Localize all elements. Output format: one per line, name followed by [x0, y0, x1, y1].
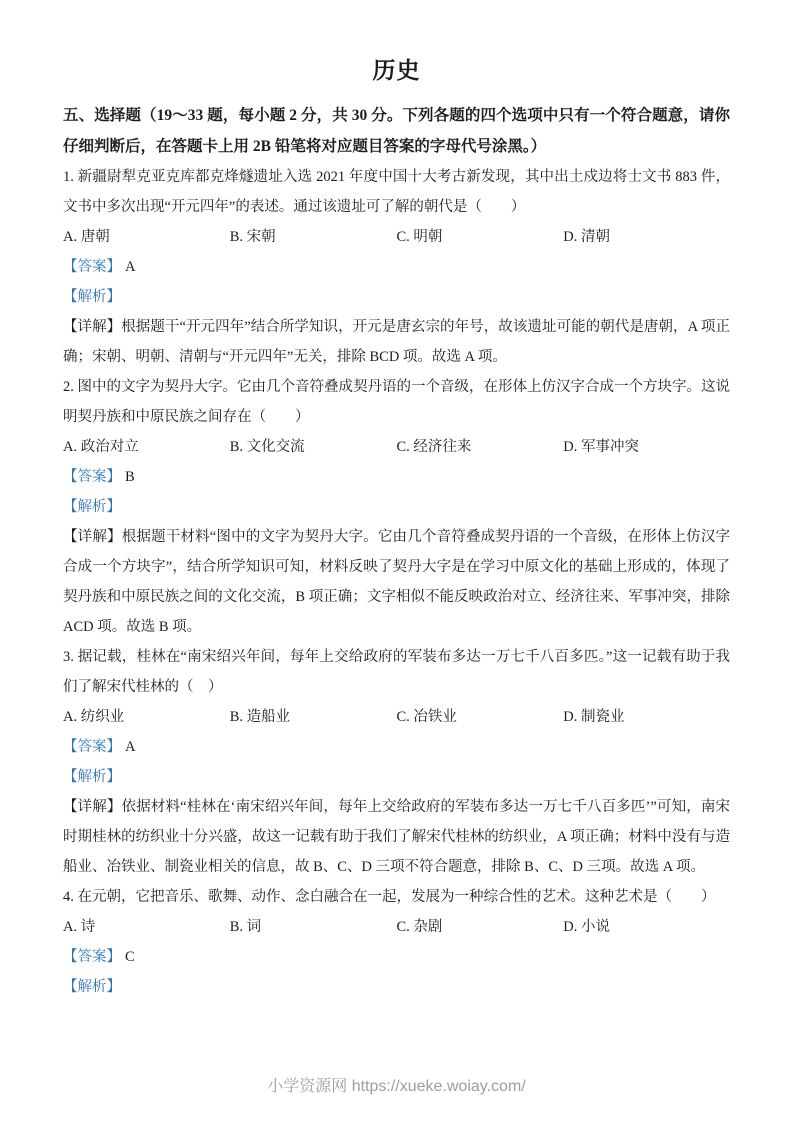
option-c: C. 杂剧: [397, 912, 564, 942]
answer-value: B: [125, 469, 135, 485]
detail-text: 【详解】根据题干“开元四年”结合所学知识，开元是唐玄宗的年号，故该遗址可能的朝代…: [63, 312, 730, 372]
answer-label: 【答案】: [63, 949, 121, 965]
options-row: A. 政治对立 B. 文化交流 C. 经济往来 D. 军事冲突: [63, 432, 730, 462]
answer-value: A: [125, 739, 135, 755]
option-c: C. 经济往来: [397, 432, 564, 462]
option-b: B. 宋朝: [230, 222, 397, 252]
question-stem: 1. 新疆尉犁克亚克库都克烽燧遗址入选 2021 年度中国十大考古新发现，其中出…: [63, 162, 730, 222]
question-block-2: 2. 图中的文字为契丹大字。它由几个音符叠成契丹语的一个音级，在形体上仿汉字合成…: [63, 372, 730, 642]
question-block-3: 3. 据记载，桂林在“南宋绍兴年间，每年上交给政府的军装布多达一万七千八百多匹。…: [63, 642, 730, 882]
option-a: A. 唐朝: [63, 222, 230, 252]
section-instructions: 五、选择题（19～33 题，每小题 2 分，共 30 分。下列各题的四个选项中只…: [63, 100, 730, 162]
answer-value: C: [125, 949, 135, 965]
analysis-label: 【解析】: [63, 282, 730, 312]
option-c: C. 明朝: [397, 222, 564, 252]
analysis-label: 【解析】: [63, 492, 730, 522]
answer-label: 【答案】: [63, 259, 121, 275]
answer-line: 【答案】A: [63, 732, 730, 762]
exam-document-page: 历史 五、选择题（19～33 题，每小题 2 分，共 30 分。下列各题的四个选…: [0, 0, 793, 1122]
question-block-4: 4. 在元朝，它把音乐、歌舞、动作、念白融合在一起，发展为一种综合性的艺术。这种…: [63, 882, 730, 1002]
answer-line: 【答案】C: [63, 942, 730, 972]
option-d: D. 清朝: [563, 222, 730, 252]
document-content: 历史 五、选择题（19～33 题，每小题 2 分，共 30 分。下列各题的四个选…: [0, 0, 793, 1002]
option-b: B. 文化交流: [230, 432, 397, 462]
answer-line: 【答案】A: [63, 252, 730, 282]
page-title: 历史: [63, 54, 730, 88]
detail-text: 【详解】根据题干材料“图中的文字为契丹大字。它由几个音符叠成契丹语的一个音级，在…: [63, 522, 730, 642]
option-b: B. 词: [230, 912, 397, 942]
option-a: A. 纺织业: [63, 702, 230, 732]
answer-value: A: [125, 259, 135, 275]
detail-text: 【详解】依据材料“桂林在‘南宋绍兴年间，每年上交给政府的军装布多达一万七千八百多…: [63, 792, 730, 882]
option-a: A. 诗: [63, 912, 230, 942]
answer-label: 【答案】: [63, 469, 121, 485]
question-block-1: 1. 新疆尉犁克亚克库都克烽燧遗址入选 2021 年度中国十大考古新发现，其中出…: [63, 162, 730, 372]
answer-label: 【答案】: [63, 739, 121, 755]
watermark-footer: 小学资源网 https://xueke.woiay.com/: [0, 1073, 793, 1096]
option-b: B. 造船业: [230, 702, 397, 732]
question-stem: 3. 据记载，桂林在“南宋绍兴年间，每年上交给政府的军装布多达一万七千八百多匹。…: [63, 642, 730, 702]
option-d: D. 军事冲突: [563, 432, 730, 462]
option-a: A. 政治对立: [63, 432, 230, 462]
analysis-label: 【解析】: [63, 762, 730, 792]
option-d: D. 小说: [563, 912, 730, 942]
analysis-label: 【解析】: [63, 972, 730, 1002]
question-stem: 2. 图中的文字为契丹大字。它由几个音符叠成契丹语的一个音级，在形体上仿汉字合成…: [63, 372, 730, 432]
option-d: D. 制瓷业: [563, 702, 730, 732]
options-row: A. 纺织业 B. 造船业 C. 冶铁业 D. 制瓷业: [63, 702, 730, 732]
answer-line: 【答案】B: [63, 462, 730, 492]
options-row: A. 唐朝 B. 宋朝 C. 明朝 D. 清朝: [63, 222, 730, 252]
option-c: C. 冶铁业: [397, 702, 564, 732]
options-row: A. 诗 B. 词 C. 杂剧 D. 小说: [63, 912, 730, 942]
question-stem: 4. 在元朝，它把音乐、歌舞、动作、念白融合在一起，发展为一种综合性的艺术。这种…: [63, 882, 730, 912]
